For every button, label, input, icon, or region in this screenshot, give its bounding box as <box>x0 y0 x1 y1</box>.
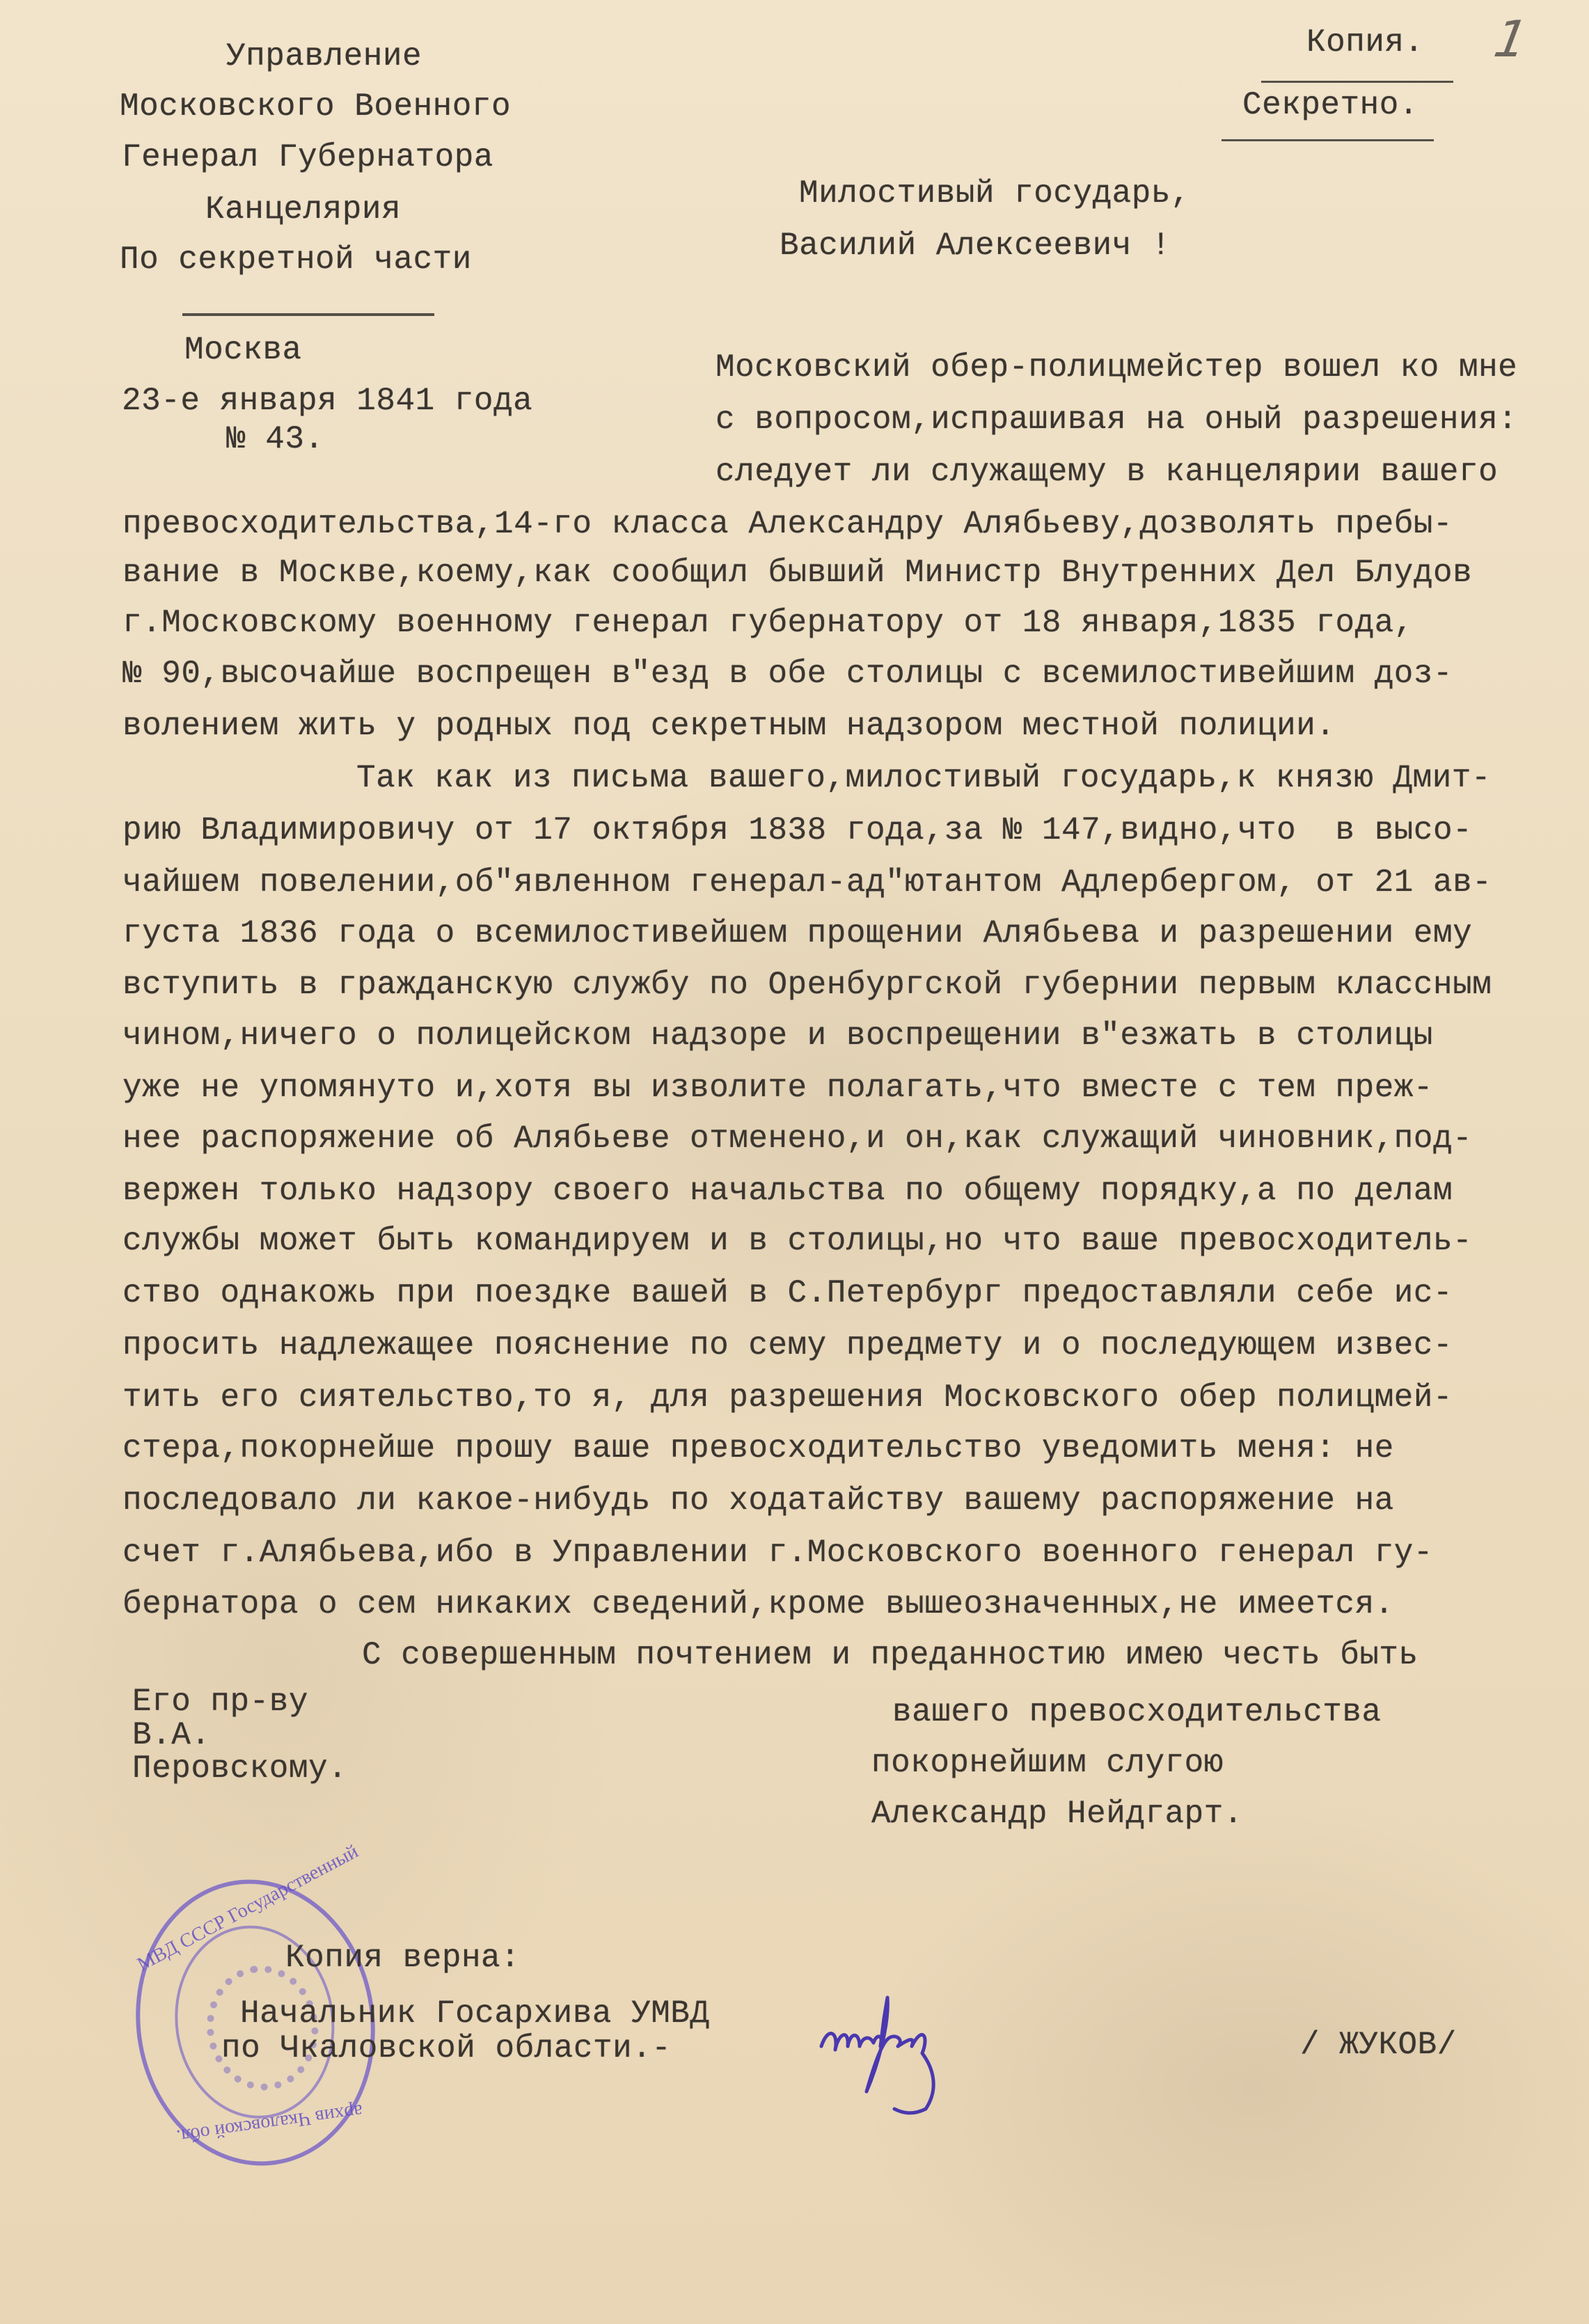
document-page: Управление Московского Военного Генерал … <box>0 0 1589 2324</box>
header-date: 23-е января 1841 года <box>122 385 532 417</box>
body-line: службы может быть командируем и в столиц… <box>122 1225 1584 1257</box>
body-line: Московский обер-полицмейстер вошел ко мн… <box>716 351 1517 384</box>
header-number: № 43. <box>226 423 324 455</box>
certification-line-2: Начальник Госархива УМВД <box>240 1998 710 2030</box>
certification-line-3: по Чкаловской области.- <box>221 2032 671 2064</box>
body-line: следует ли служащему в канцелярии вашего <box>716 456 1498 488</box>
copy-label: Копия. <box>1306 26 1424 58</box>
body-line: № 90,высочайше воспрещен в"езд в обе сто… <box>122 658 1584 690</box>
body-line: счет г.Алябьева,ибо в Управлении г.Моско… <box>122 1537 1584 1569</box>
header-divider <box>182 313 434 316</box>
closing-formula: С совершенным почтением и преданностию и… <box>362 1639 1418 1671</box>
header-org-line-3: Генерал Губернатора <box>122 141 493 173</box>
salutation-line-2: Василий Алексеевич ! <box>780 230 1171 262</box>
body-line: последовало ли какое-нибудь по ходатайст… <box>122 1485 1584 1517</box>
certification-signer: / ЖУКОВ/ <box>1300 2029 1457 2061</box>
body-line: чайшем повелении,об"явленном генерал-ад"… <box>122 867 1584 899</box>
body-line: нее распоряжение об Алябьеве отменено,и … <box>122 1123 1584 1155</box>
header-city: Москва <box>184 334 302 366</box>
body-line: уже не упомянуто и,хотя вы изволите пола… <box>122 1072 1584 1104</box>
body-line: бернатора о сем никаких сведений,кроме в… <box>122 1588 1584 1620</box>
header-org-line-2: Московского Военного <box>120 90 511 122</box>
body-line: чином,ничего о полицейском надзоре и вос… <box>122 1020 1584 1052</box>
header-org-line-5: По секретной части <box>120 244 472 276</box>
body-line: стера,покорнейше прошу ваше превосходите… <box>122 1432 1584 1464</box>
body-line: превосходительства,14-го класса Александ… <box>122 508 1584 540</box>
copy-underline <box>1261 81 1453 83</box>
closing-signatory: Александр Нейдгарт. <box>871 1798 1243 1830</box>
header-org-line-4: Канцелярия <box>205 193 401 226</box>
body-line: ство однакожь при поездке вашей в С.Пете… <box>122 1277 1584 1309</box>
secret-label: Секретно. <box>1242 89 1418 121</box>
body-line: вание в Москве,коему,как сообщил бывший … <box>122 557 1584 589</box>
body-line: густа 1836 года о всемилостивейшем проще… <box>122 917 1584 949</box>
addressee-line-2: В.А. <box>132 1719 210 1751</box>
body-line: рию Владимировичу от 17 октября 1838 год… <box>122 814 1584 846</box>
certification-line-1: Копия верна: <box>285 1942 520 1974</box>
addressee-line-3: Перовскому. <box>132 1753 347 1785</box>
page-number: 1 <box>1490 10 1533 68</box>
salutation-line-1: Милостивый государь, <box>799 177 1190 210</box>
handwritten-signature <box>807 1970 1107 2123</box>
body-line: с вопросом,испрашивая на оный разрешения… <box>716 404 1517 436</box>
body-line: г.Московскому военному генерал губернато… <box>122 607 1584 639</box>
body-line: вступить в гражданскую службу по Оренбур… <box>122 969 1584 1001</box>
body-paragraph-start: Так как из письма вашего,милостивый госу… <box>356 762 1491 794</box>
addressee-line-1: Его пр-ву <box>132 1686 308 1718</box>
body-line: просить надлежащее пояснение по сему пре… <box>122 1329 1584 1361</box>
body-line: вержен только надзору своего начальства … <box>122 1175 1584 1207</box>
closing-line-2: покорнейшим слугою <box>871 1747 1224 1779</box>
body-line: тить его сиятельство,то я, для разрешени… <box>122 1382 1584 1414</box>
secret-underline <box>1222 139 1434 141</box>
header-org-line-1: Управление <box>226 40 422 72</box>
closing-line-1: вашего превосходительства <box>892 1696 1382 1728</box>
body-line: волением жить у родных под секретным над… <box>122 710 1584 742</box>
